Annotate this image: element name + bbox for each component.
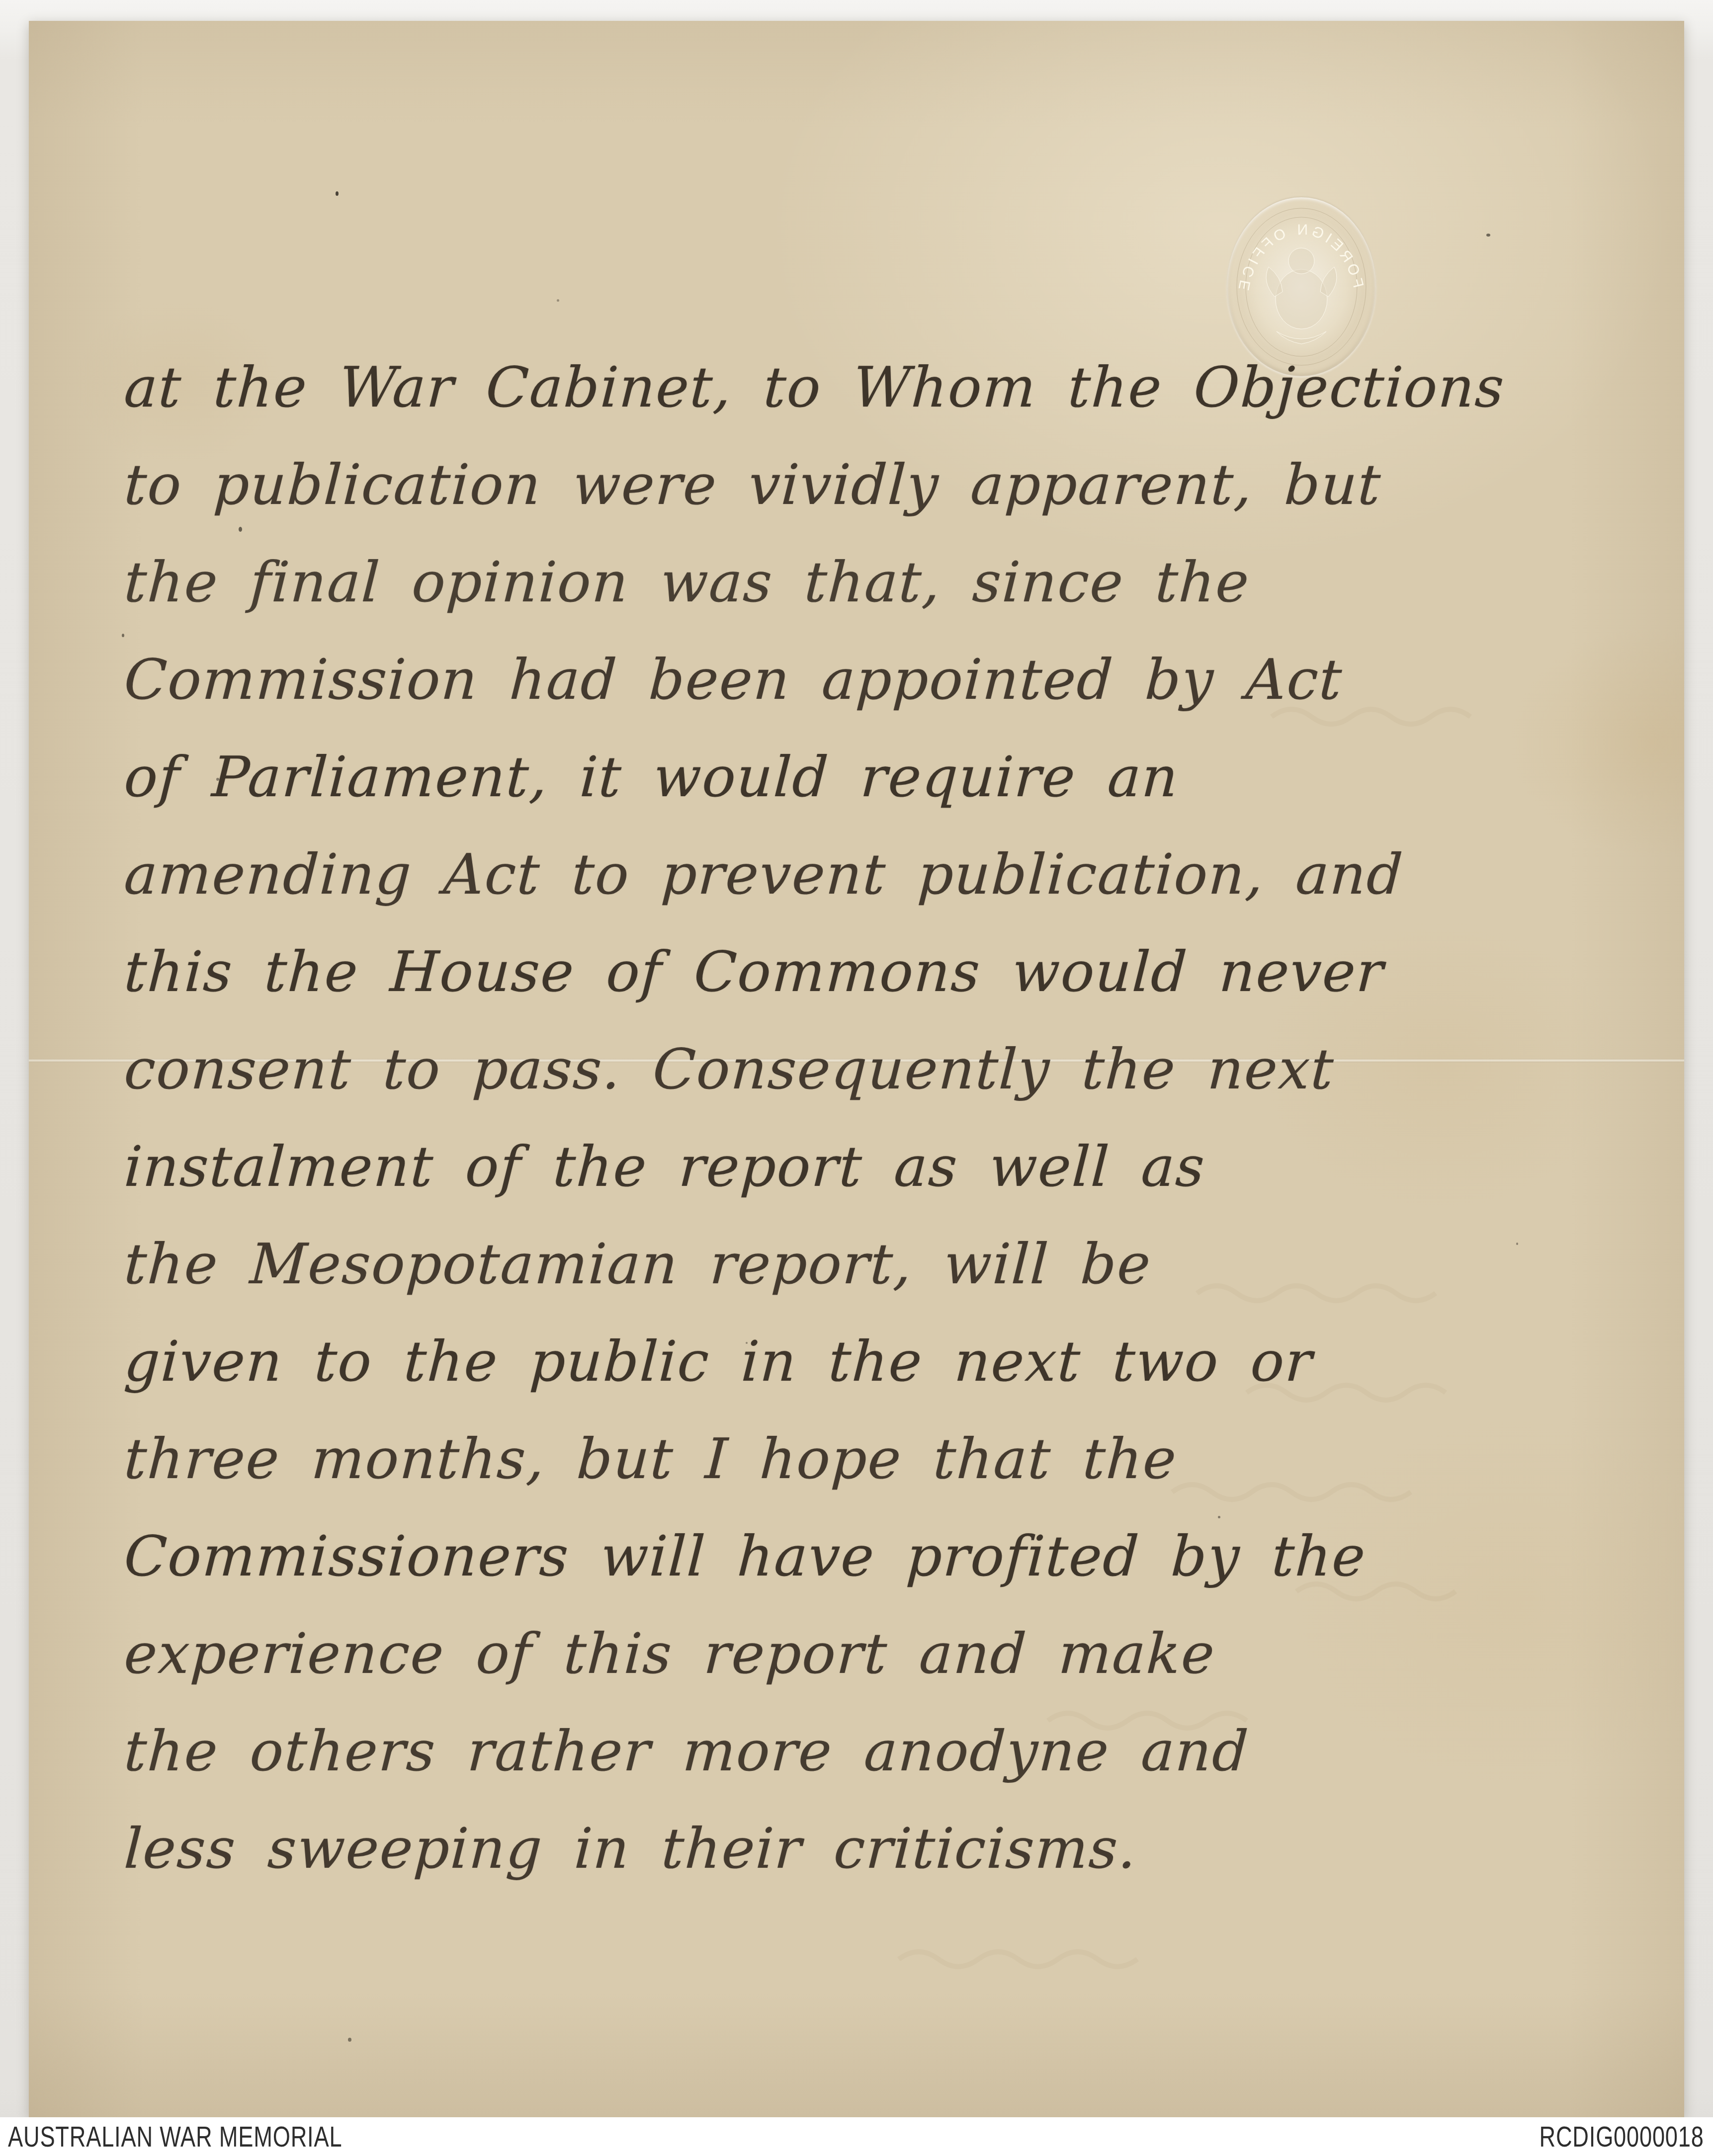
handwritten-line: the others rather more anodyne and	[26, 1703, 1652, 1800]
reference-id: RCDIG0000018	[1540, 2120, 1704, 2154]
handwritten-line: at the War Cabinet, to Whom the Objectio…	[26, 339, 1652, 436]
letter-body: at the War Cabinet, to Whom the Objectio…	[29, 339, 1684, 1898]
handwritten-line: instalment of the report as well as	[26, 1118, 1652, 1216]
paper-speck	[557, 299, 559, 302]
handwritten-line: amending Act to prevent publication, and	[26, 826, 1652, 923]
paper-speck	[239, 527, 242, 532]
handwritten-line: to publication were vividly apparent, bu…	[26, 436, 1652, 534]
archive-name: AUSTRALIAN WAR MEMORIAL	[8, 2120, 342, 2154]
paper-speck	[1486, 234, 1490, 237]
paper-speck	[1516, 1243, 1518, 1245]
handwritten-line: Commissioners will have profited by the	[26, 1508, 1652, 1605]
handwritten-line: experience of this report and make	[26, 1605, 1652, 1703]
footer-bar: AUSTRALIAN WAR MEMORIAL RCDIG0000018	[0, 2117, 1713, 2156]
paper-speck	[348, 2038, 351, 2042]
paper-speck	[216, 778, 219, 781]
handwritten-line: less sweeping in their criticisms.	[26, 1800, 1652, 1898]
paper-speck	[336, 191, 339, 196]
handwritten-line: three months, but I hope that the	[26, 1410, 1652, 1508]
handwritten-line: consent to pass. Consequently the next	[26, 1021, 1652, 1118]
handwritten-line: of Parliament, it would require an	[26, 729, 1652, 826]
handwritten-line: Commission had been appointed by Act	[26, 631, 1652, 729]
handwritten-line: given to the public in the next two or	[26, 1313, 1652, 1410]
handwritten-line: this the House of Commons would never	[26, 923, 1652, 1021]
scanned-letter-page: FOREIGN OFFICE	[0, 0, 1713, 2156]
paper-speck	[1218, 1516, 1220, 1518]
paper-speck	[122, 634, 124, 637]
letter-paper: FOREIGN OFFICE	[29, 21, 1684, 2117]
handwritten-line: the final opinion was that, since the	[26, 534, 1652, 631]
paper-speck	[746, 1342, 748, 1344]
handwritten-line: the Mesopotamian report, will be	[26, 1216, 1652, 1313]
